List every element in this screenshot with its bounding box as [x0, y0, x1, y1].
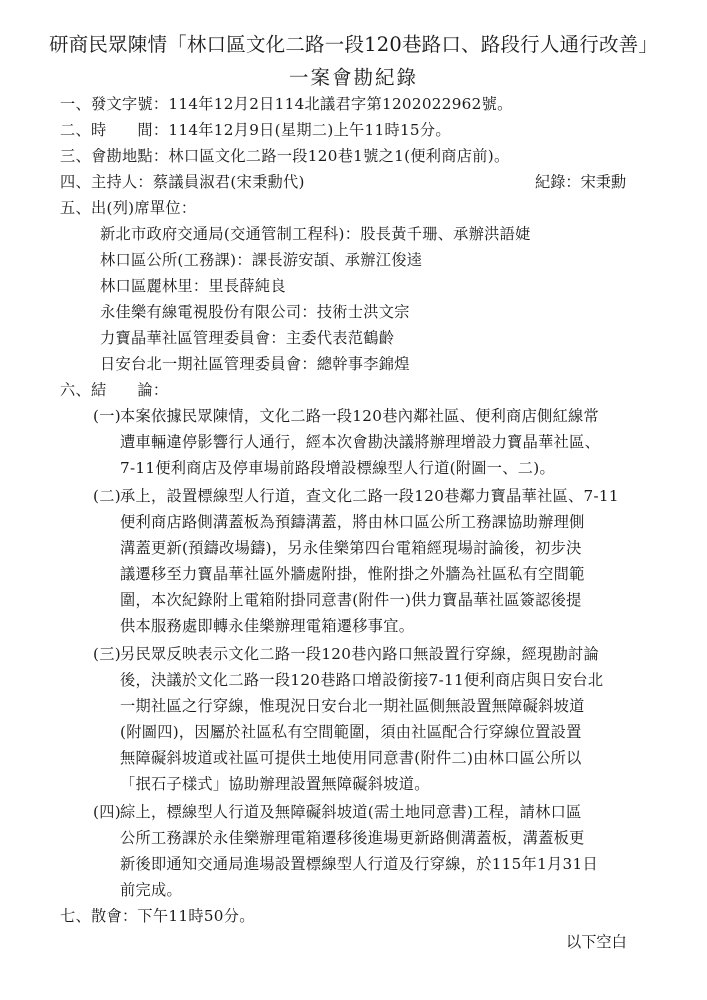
adjourn-line: 七、散會：下午11時50分。: [60, 906, 255, 926]
conclusion-text-line: 「抿石子樣式」協助辦理設置無障礙斜坡道。: [120, 774, 430, 794]
attendee-item: 新北市政府交通局(交通管制工程科)：股長黃千珊、承辦洪語婕: [100, 224, 531, 244]
meeting-time-line: 二、時 間：114年12月9日(星期二)上午11時15分。: [60, 120, 451, 140]
conclusion-label: (三): [93, 644, 121, 664]
conclusion-text-line: 議遷移至力寶晶華社區外牆處附掛，惟附掛之外牆為社區私有空間範: [120, 564, 585, 584]
conclusion-text-line: 無障礙斜坡道或社區可提供土地使用同意書(附件二)由林口區公所以: [120, 748, 582, 768]
conclusion-text-line: 本案依據民眾陳情，文化二路一段120巷內鄰社區、便利商店側紅線常: [120, 406, 599, 426]
conclusion-text-line: 溝蓋更新(預鑄改場鑄)，另永佳樂第四台電箱經現場討論後，初步決: [120, 538, 582, 558]
conclusion-text-line: 前完成。: [120, 880, 182, 900]
conclusion-text-line: 供本服務處即轉永佳樂辦理電箱遷移事宜。: [120, 616, 414, 636]
conclusion-text-line: 綜上，標線型人行道及無障礙斜坡道(需土地同意書)工程，請林口區: [120, 802, 582, 822]
conclusion-label: (一): [93, 406, 121, 426]
conclusion-text-line: 便利商店路側溝蓋板為預鑄溝蓋，將由林口區公所工務課協助辦理側: [120, 512, 585, 532]
conclusion-label: (四): [93, 802, 121, 822]
document-title-line-1: 研商民眾陳情「林口區文化二路一段120巷路口、路段行人通行改善」: [0, 29, 707, 57]
attendee-item: 力寶晶華社區管理委員會：主委代表范鶴齡: [100, 328, 394, 348]
conclusion-text-line: 一期社區之行穿線，惟現況日安台北一期社區側無設置無障礙斜坡道: [120, 696, 585, 716]
attendee-item: 日安台北一期社區管理委員會：總幹事李錦煌: [100, 354, 410, 374]
document-page: 研商民眾陳情「林口區文化二路一段120巷路口、路段行人通行改善」 一案會勘紀錄 …: [0, 0, 707, 1000]
issue-number-line: 一、發文字號：114年12月2日114北議君字第1202022962號。: [60, 94, 513, 114]
attendee-item: 林口區麗林里：里長薛純良: [100, 276, 286, 296]
conclusion-text-line: 7-11便利商店及停車場前路段增設標線型人行道(附圖一、二)。: [120, 458, 555, 478]
conclusion-text-line: 公所工務課於永佳樂辦理電箱遷移後進場更新路側溝蓋板，溝蓋板更: [120, 828, 585, 848]
host-line: 四、主持人：蔡議員淑君(宋秉勳代): [60, 172, 305, 192]
conclusion-header: 六、結 論：: [60, 380, 168, 400]
conclusion-label: (二): [93, 486, 121, 506]
end-note: 以下空白: [566, 932, 627, 952]
conclusion-text-line: 遭車輛違停影響行人通行，經本次會勘決議將辦理增設力寶晶華社區、: [120, 432, 600, 452]
conclusion-text-line: 新後即通知交通局進場設置標線型人行道及行穿線，於115年1月31日: [120, 854, 598, 874]
conclusion-text-line: 承上，設置標線型人行道，查文化二路一段120巷鄰力寶晶華社區、7-11: [120, 486, 619, 506]
recorder-line: 紀錄：宋秉勳: [535, 172, 626, 192]
conclusion-text-line: 圍，本次紀錄附上電箱附掛同意書(附件一)供力寶晶華社區簽認後提: [120, 590, 582, 610]
attendee-item: 永佳樂有線電視股份有限公司：技術士洪文宗: [100, 302, 410, 322]
conclusion-text-line: 後，決議於文化二路一段120巷路口增設銜接7-11便利商店與日安台北: [120, 670, 603, 690]
document-title-line-2: 一案會勘紀錄: [0, 62, 707, 90]
attendee-item: 林口區公所(工務課)：課長游安頡、承辦江俊逵: [100, 250, 422, 270]
attendees-header: 五、出(列)席單位：: [60, 198, 196, 218]
conclusion-text-line: (附圖四)，因屬於社區私有空間範圍，須由社區配合行穿線位置設置: [120, 722, 582, 742]
conclusion-text-line: 另民眾反映表示文化二路一段120巷內路口無設置行穿線，經現勘討論: [120, 644, 599, 664]
meeting-location-line: 三、會勘地點：林口區文化二路一段120巷1號之1(便利商店前)。: [60, 146, 509, 166]
